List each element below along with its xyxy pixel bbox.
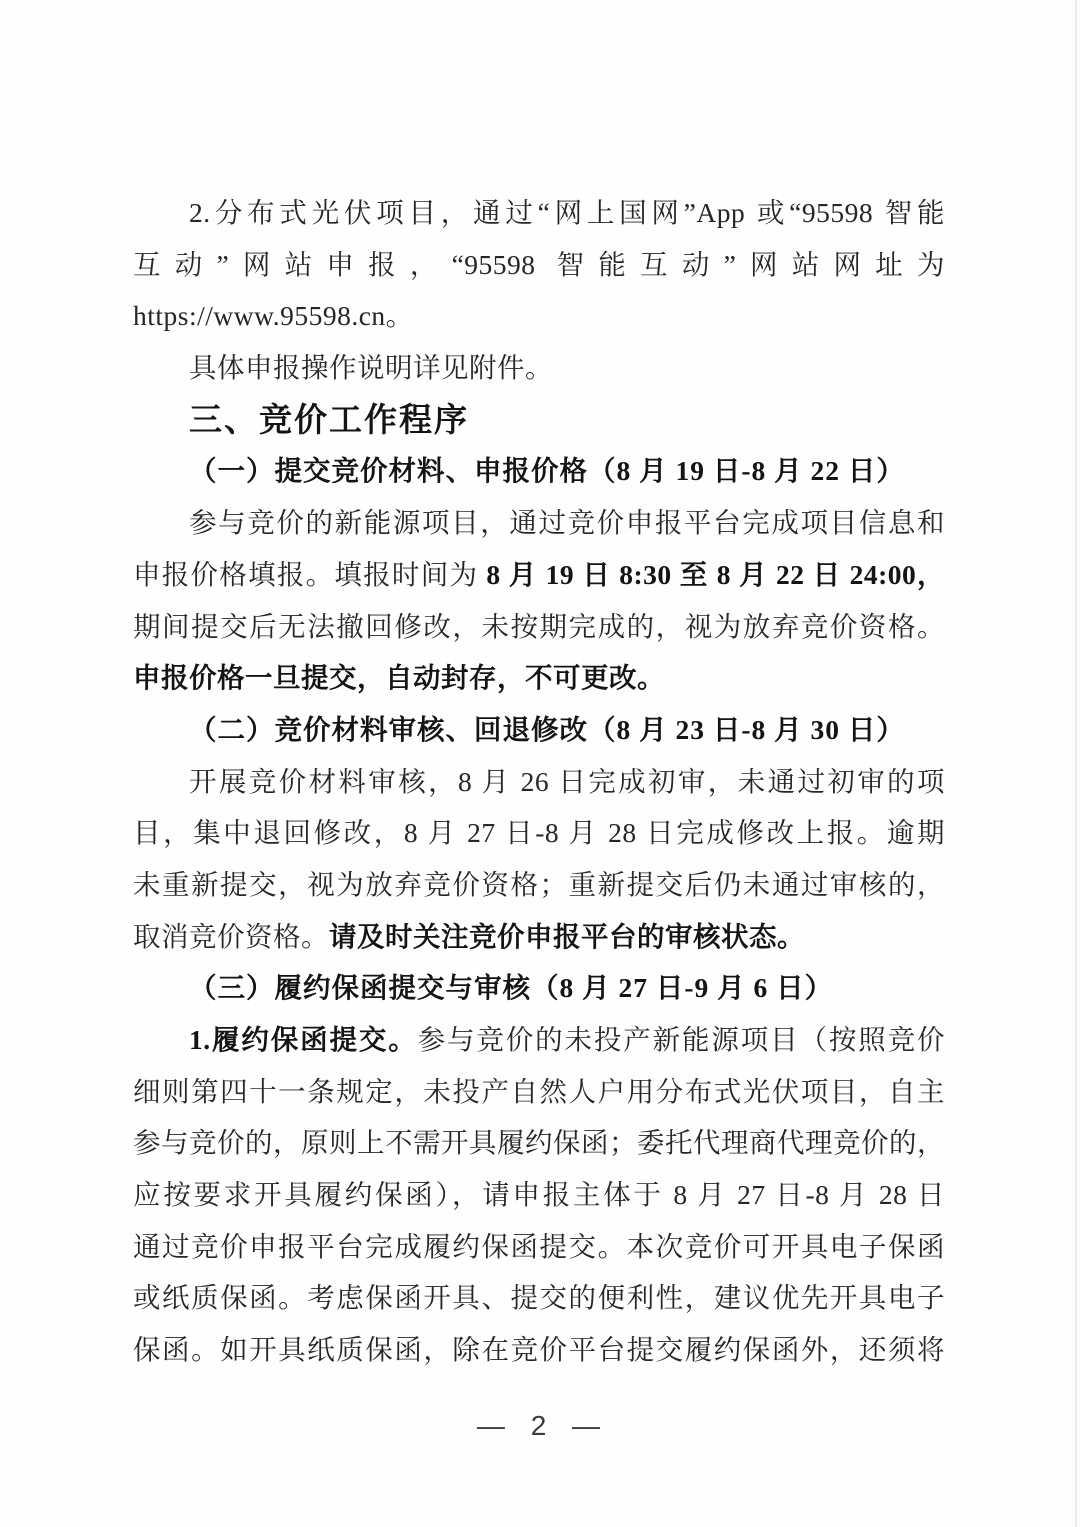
document-body: 2.分布式光伏项目，通过“网上国网”App 或“95598 智能互动”网站申报，… [133, 187, 945, 1376]
text-line: 应按要求开具履约保函），请申报主体于 8 月 27 日-8 月 28 日 [133, 1169, 945, 1221]
text-segment: 目，集中退回修改，8 月 27 日-8 月 28 日完成修改上报。逾期 [133, 817, 945, 848]
text-segment: 申报价格填报。填报时间为 [133, 559, 486, 590]
text-line: 互动”网站申报，“95598 智能互动”网站网址为 [133, 239, 945, 291]
text-line: 期间提交后无法撤回修改，未按期完成的，视为放弃竞价资格。 [133, 601, 945, 653]
text-segment: 期间提交后无法撤回修改，未按期完成的，视为放弃竞价资格。 [133, 611, 945, 642]
text-line: （一）提交竞价材料、申报价格（8 月 19 日-8 月 22 日） [133, 445, 945, 497]
text-segment: 2.分布式光伏项目，通过“网上国网”App 或“95598 智能 [189, 197, 945, 228]
text-line: 细则第四十一条规定，未投产自然人户用分布式光伏项目，自主 [133, 1066, 945, 1118]
text-line: 参与竞价的新能源项目，通过竞价申报平台完成项目信息和 [133, 497, 945, 549]
text-segment: 细则第四十一条规定，未投产自然人户用分布式光伏项目，自主 [133, 1076, 945, 1107]
text-line: 或纸质保函。考虑保函开具、提交的便利性，建议优先开具电子 [133, 1272, 945, 1324]
text-segment: 申报价格一旦提交，自动封存，不可更改。 [133, 662, 665, 693]
text-line: 参与竞价的，原则上不需开具履约保函；委托代理商代理竞价的， [133, 1117, 945, 1169]
text-line: 申报价格填报。填报时间为 8 月 19 日 8:30 至 8 月 22 日 24… [133, 549, 945, 601]
scan-edge-artifact [1075, 0, 1077, 1527]
page-footer: — 2 — [0, 1400, 1080, 1452]
page-number: — 2 — [477, 1410, 603, 1441]
text-line: 未重新提交，视为放弃竞价资格；重新提交后仍未通过审核的， [133, 859, 945, 911]
text-line: （三）履约保函提交与审核（8 月 27 日-9 月 6 日） [133, 962, 945, 1014]
text-line: 目，集中退回修改，8 月 27 日-8 月 28 日完成修改上报。逾期 [133, 807, 945, 859]
text-segment: （一）提交竞价材料、申报价格（8 月 19 日-8 月 22 日） [189, 455, 905, 486]
text-segment: 请及时关注竞价申报平台的审核状态。 [329, 921, 805, 952]
text-line: 三、竞价工作程序 [133, 394, 945, 446]
text-segment: （三）履约保函提交与审核（8 月 27 日-9 月 6 日） [189, 972, 833, 1003]
text-segment: 取消竞价资格。 [133, 921, 329, 952]
text-line: https://www.95598.cn。 [133, 290, 945, 342]
text-segment: 保函。如开具纸质保函，除在竞价平台提交履约保函外，还须将 [133, 1334, 945, 1365]
text-segment: 1.履约保函提交。 [189, 1024, 418, 1055]
text-line: 取消竞价资格。请及时关注竞价申报平台的审核状态。 [133, 911, 945, 963]
text-segment: https://www.95598.cn。 [133, 300, 414, 331]
text-segment: 通过竞价申报平台完成履约保函提交。本次竞价可开具电子保函 [133, 1231, 945, 1262]
text-line: 1.履约保函提交。参与竞价的未投产新能源项目（按照竞价 [133, 1014, 945, 1066]
text-segment: 互动”网站申报，“95598 智能互动”网站网址为 [133, 249, 945, 280]
text-segment: 未重新提交，视为放弃竞价资格；重新提交后仍未通过审核的， [133, 869, 945, 900]
text-segment: 参与竞价的新能源项目，通过竞价申报平台完成项目信息和 [189, 507, 945, 538]
text-segment: （二）竞价材料审核、回退修改（8 月 23 日-8 月 30 日） [189, 714, 905, 745]
text-line: 申报价格一旦提交，自动封存，不可更改。 [133, 652, 945, 704]
text-segment: 8 月 19 日 8:30 至 8 月 22 日 24:00， [486, 559, 945, 590]
text-line: 保函。如开具纸质保函，除在竞价平台提交履约保函外，还须将 [133, 1324, 945, 1376]
text-segment: 开展竞价材料审核，8 月 26 日完成初审，未通过初审的项 [189, 766, 945, 797]
text-line: 通过竞价申报平台完成履约保函提交。本次竞价可开具电子保函 [133, 1221, 945, 1273]
text-line: 2.分布式光伏项目，通过“网上国网”App 或“95598 智能 [133, 187, 945, 239]
document-page: 2.分布式光伏项目，通过“网上国网”App 或“95598 智能互动”网站申报，… [0, 0, 1080, 1527]
text-segment: 三、竞价工作程序 [189, 401, 469, 438]
text-line: （二）竞价材料审核、回退修改（8 月 23 日-8 月 30 日） [133, 704, 945, 756]
text-line: 具体申报操作说明详见附件。 [133, 342, 945, 394]
text-segment: 或纸质保函。考虑保函开具、提交的便利性，建议优先开具电子 [133, 1282, 945, 1313]
text-segment: 参与竞价的，原则上不需开具履约保函；委托代理商代理竞价的， [133, 1127, 945, 1158]
text-segment: 具体申报操作说明详见附件。 [189, 352, 553, 383]
text-line: 开展竞价材料审核，8 月 26 日完成初审，未通过初审的项 [133, 756, 945, 808]
text-segment: 应按要求开具履约保函），请申报主体于 8 月 27 日-8 月 28 日 [133, 1179, 945, 1210]
text-segment: 参与竞价的未投产新能源项目（按照竞价 [418, 1024, 945, 1055]
